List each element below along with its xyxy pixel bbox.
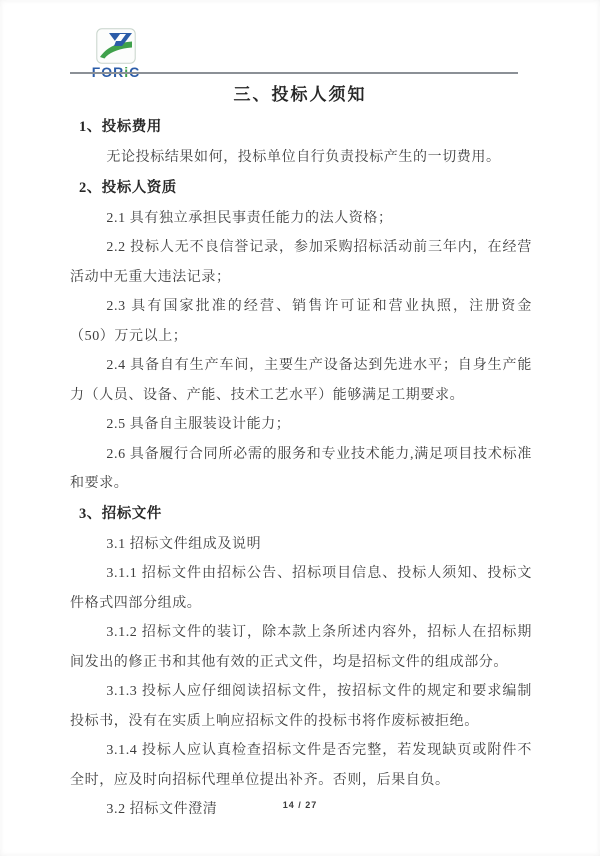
paragraph: 2.5 具备自主服装设计能力； — [70, 410, 532, 440]
paragraph: 2.1 具有独立承担民事责任能力的法人资格； — [70, 204, 532, 234]
paragraph: 3.1.2 招标文件的装订，除本款上条所述内容外，招标人在招标期间发出的修正书和… — [70, 618, 532, 677]
header-divider-line — [70, 72, 518, 74]
foric-logo-icon — [96, 28, 136, 64]
section-heading-2: 2、投标人资质 — [70, 173, 532, 204]
paragraph: 3.1.1 招标文件由招标公告、招标项目信息、投标人须知、投标文件格式四部分组成… — [70, 559, 532, 618]
paragraph: 2.3 具有国家批准的经营、销售许可证和营业执照，注册资金（50）万元以上； — [70, 292, 532, 351]
document-page: FORiC 三、投标人须知 1、投标费用 无论投标结果如何，投标单位自行负责投标… — [0, 0, 600, 856]
paragraph: 无论投标结果如何，投标单位自行负责投标产生的一切费用。 — [70, 143, 532, 173]
paragraph: 3.1.3 投标人应仔细阅读招标文件，按招标文件的规定和要求编制投标书，没有在实… — [70, 677, 532, 736]
page-number: 14 / 27 — [0, 800, 600, 810]
paragraph: 2.6 具备履行合同所必需的服务和专业技术能力,满足项目技术标准和要求。 — [70, 440, 532, 499]
document-body: 1、投标费用 无论投标结果如何，投标单位自行负责投标产生的一切费用。 2、投标人… — [70, 112, 532, 825]
paragraph: 2.4 具备自有生产车间，主要生产设备达到先进水平；自身生产能力（人员、设备、产… — [70, 351, 532, 410]
paragraph: 3.1.4 投标人应认真检查招标文件是否完整，若发现缺页或附件不全时，应及时向招… — [70, 736, 532, 795]
page-title: 三、投标人须知 — [0, 80, 600, 105]
paragraph: 2.2 投标人无不良信誉记录，参加采购招标活动前三年内，在经营活动中无重大违法记… — [70, 233, 532, 292]
paragraph: 3.1 招标文件组成及说明 — [70, 530, 532, 560]
section-heading-3: 3、招标文件 — [70, 499, 532, 530]
section-heading-1: 1、投标费用 — [70, 112, 532, 143]
